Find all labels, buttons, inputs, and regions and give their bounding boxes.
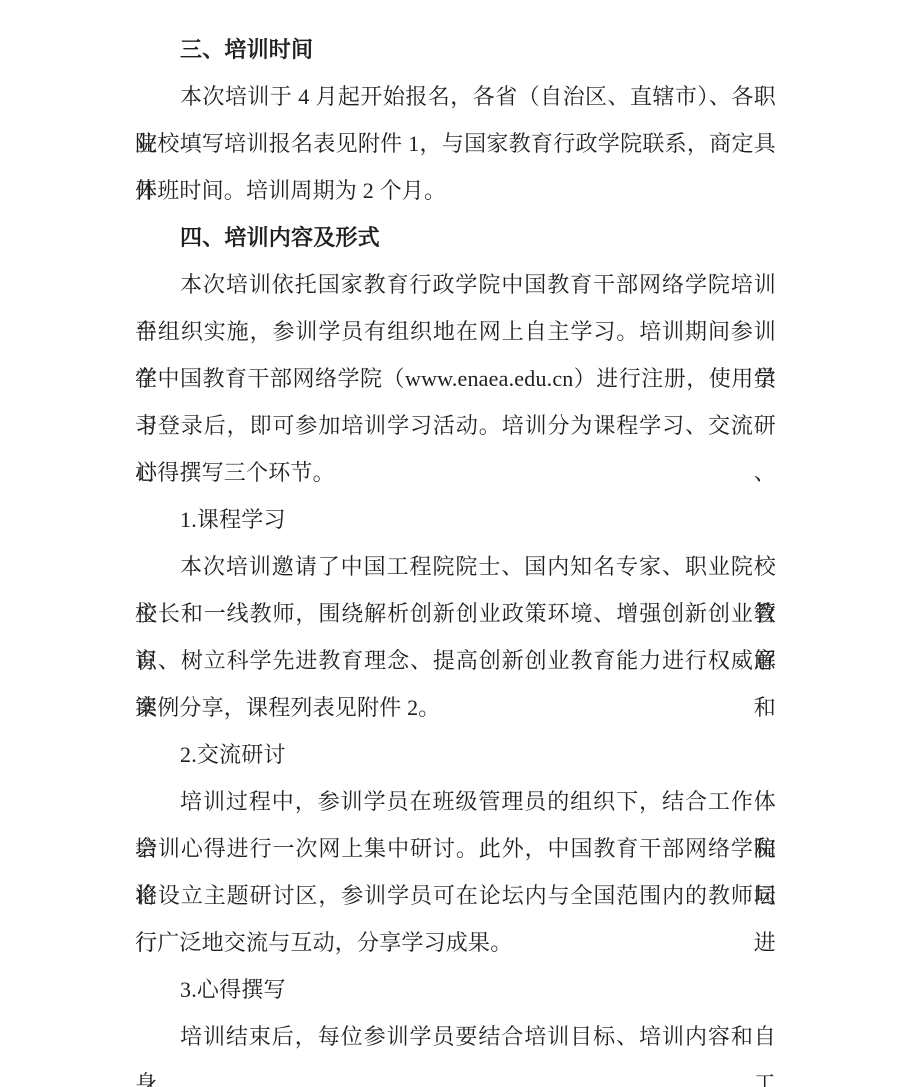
para-platform-line-1: 本次培训依托国家教育行政学院中国教育干部网络学院培训平 xyxy=(135,261,776,308)
para-discussion-line-3: 将设立主题研讨区，参训学员可在论坛内与全国范围内的教师同行进 xyxy=(135,872,776,919)
para-discussion-line-1: 培训过程中，参训学员在班级管理员的组织下，结合工作体会和 xyxy=(135,778,776,825)
section-heading-training-content-format: 四、培训内容及形式 xyxy=(135,214,776,261)
para-reflection-line-1: 培训结束后，每位参训学员要结合培训目标、培训内容和自身工 xyxy=(135,1013,776,1060)
para-course-line-3: 识、树立科学先进教育理念、提高创新创业教育能力进行权威解读和 xyxy=(135,637,776,684)
item-2-exchange-discussion: 2.交流研讨 xyxy=(135,731,776,778)
para-registration-line-1: 本次培训于 4 月起开始报名，各省（自治区、直辖市）、各职业 xyxy=(135,73,776,120)
para-platform-line-2: 台组织实施，参训学员有组织地在网上自主学习。培训期间参训学员 xyxy=(135,308,776,355)
para-registration-line-2: 院校填写培训报名表见附件 1，与国家教育行政学院联系，商定具体 xyxy=(135,120,776,167)
para-registration-line-3: 开班时间。培训周期为 2 个月。 xyxy=(135,167,776,214)
para-platform-line-3: 在中国教育干部网络学院（www.enaea.edu.cn）进行注册，使用学习 xyxy=(135,355,776,402)
para-course-line-1: 本次培训邀请了中国工程院院士、国内知名专家、职业院校主管 xyxy=(135,543,776,590)
para-platform-line-4: 卡登录后，即可参加培训学习活动。培训分为课程学习、交流研讨、 xyxy=(135,402,776,449)
item-1-course-study: 1.课程学习 xyxy=(135,496,776,543)
para-course-line-2: 校长和一线教师，围绕解析创新创业政策环境、增强创新创业教育意 xyxy=(135,590,776,637)
item-3-reflection-writing: 3.心得撰写 xyxy=(135,966,776,1013)
document-page: 三、培训时间本次培训于 4 月起开始报名，各省（自治区、直辖市）、各职业院校填写… xyxy=(0,0,900,1087)
para-discussion-line-2: 培训心得进行一次网上集中研讨。此外，中国教育干部网络学院论坛 xyxy=(135,825,776,872)
document-content: 三、培训时间本次培训于 4 月起开始报名，各省（自治区、直辖市）、各职业院校填写… xyxy=(135,26,776,1060)
section-heading-training-time: 三、培训时间 xyxy=(135,26,776,73)
